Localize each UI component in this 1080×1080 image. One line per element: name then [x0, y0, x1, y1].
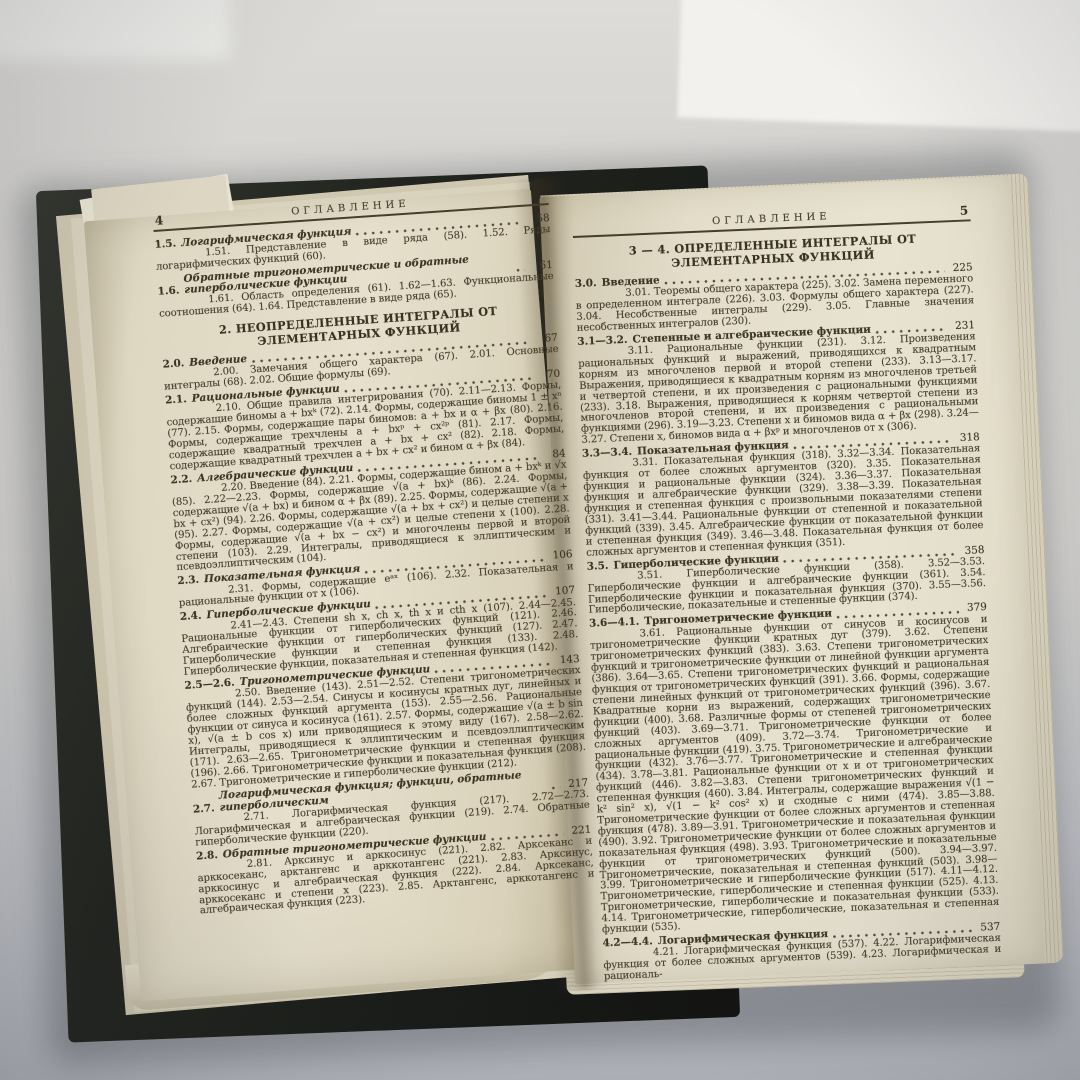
toc-entry-number: 2.2.: [170, 474, 192, 487]
toc-entry: 3.6—4.1.Тригонометрические функции3793.6…: [589, 602, 1000, 936]
toc-entry-number: 3.6—4.1.: [589, 617, 640, 630]
toc-entry-number: 2.8.: [196, 850, 218, 863]
background-white-object: [677, 0, 1080, 133]
right-page-number: 5: [960, 203, 969, 217]
toc-entry: 3.3—3.4.Показательная функция3183.31. По…: [582, 432, 984, 559]
toc-entry-number: 3.0.: [575, 278, 597, 290]
toc-entry-number: 3.5.: [587, 560, 609, 572]
toc-entry-detail: 3.11. Рациональные функции (231). 3.12. …: [578, 332, 980, 447]
toc-entry-number: 2.0.: [162, 358, 184, 371]
toc-entry-number: 4.2—4.4.: [602, 936, 653, 949]
toc-entry-page: 379: [963, 602, 987, 614]
toc-entry-number: 2.1.: [165, 394, 187, 407]
toc-entry-number: 1.5.: [154, 238, 176, 251]
toc-entry-number: 2.3.: [177, 575, 199, 588]
toc-entry-detail: 3.31. Показательная функция (318). 3.32—…: [582, 445, 984, 560]
right-page-text: ОГЛАВЛЕНИЕ 5 3 — 4. ОПРЕДЕЛЕННЫЕ ИНТЕГРА…: [572, 197, 1002, 985]
toc-entry-number: 2.7.: [193, 803, 215, 816]
left-toc-entries: 1.5.Логарифмическая функция581.51. Предс…: [154, 213, 595, 918]
toc-entry-detail: 3.61. Рациональные функции от синусов и …: [589, 615, 999, 937]
toc-entry-page: 358: [960, 545, 984, 557]
toc-entry-number: 3.3—3.4.: [582, 447, 633, 460]
toc-entry-number: 2.4.: [180, 611, 202, 624]
right-toc-entries: 3 — 4. ОПРЕДЕЛЕННЫЕ ИНТЕГРАЛЫ ОТ ЭЛЕМЕНТ…: [573, 229, 1002, 983]
toc-entry-number: 1.6.: [157, 286, 179, 299]
background-highlight-top-left: [0, 0, 230, 60]
photo-of-open-book: 4 ОГЛАВЛЕНИЕ 1.5.Логарифмическая функция…: [0, 0, 1080, 1080]
toc-entry: 3.1—3.2.Степенные и алгебраические функц…: [577, 320, 979, 447]
left-page-text: 4 ОГЛАВЛЕНИЕ 1.5.Логарифмическая функция…: [152, 181, 596, 920]
toc-entry-number: 3.1—3.2.: [577, 335, 628, 348]
